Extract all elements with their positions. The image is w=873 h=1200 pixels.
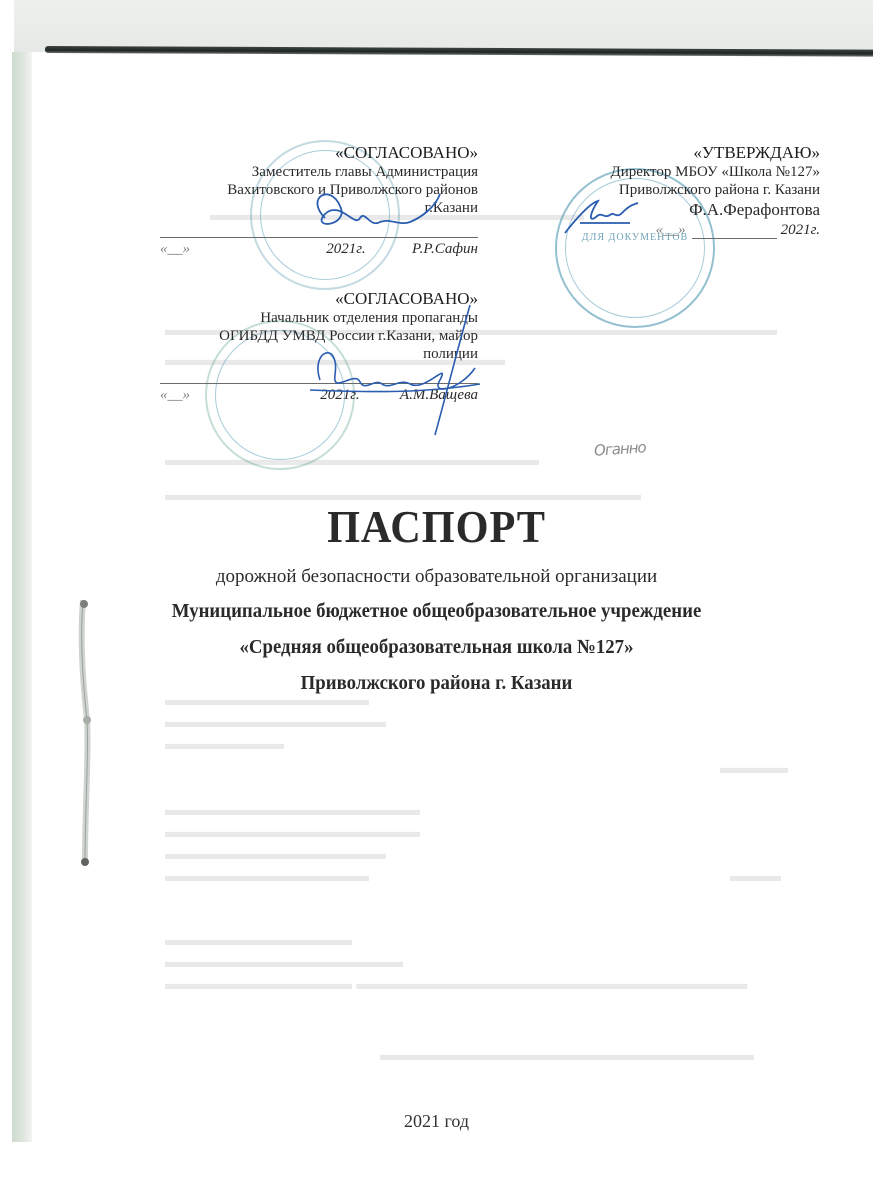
date-prefix: «__»: [656, 221, 686, 239]
org-name-line-3: Приволжского района г. Казани: [26, 672, 847, 695]
handwritten-note: Оганно: [593, 438, 646, 460]
admin-signature: [300, 188, 450, 238]
date-prefix: «__»: [160, 386, 190, 404]
position-line: Заместитель главы Администрация: [160, 163, 478, 181]
date-year: 2021г.: [781, 221, 820, 239]
director-signature: [560, 195, 650, 240]
scan-top-band: [0, 0, 873, 52]
binding-thread: [75, 590, 97, 890]
signature-line: «__» 2021г. Р.Р.Сафин: [160, 237, 478, 258]
document-subtitle: дорожной безопасности образовательной ор…: [0, 566, 873, 588]
org-name-line-1: Муниципальное бюджетное общеобразователь…: [26, 600, 847, 623]
date-prefix: «__»: [160, 240, 190, 258]
date-blank: [692, 227, 777, 239]
block-heading: «СОГЛАСОВАНО»: [160, 143, 478, 163]
document-year: 2021 год: [0, 1111, 873, 1132]
signer-name: Р.Р.Сафин: [412, 240, 478, 258]
document-title: ПАСПОРТ: [35, 500, 838, 553]
scan-left-strip: [12, 52, 32, 1142]
date-year: 2021г.: [326, 240, 365, 258]
org-name-line-2: «Средняя общеобразовательная школа №127»: [26, 636, 847, 659]
position-line: Директор МБОУ «Школа №127»: [540, 163, 820, 181]
block-heading: «УТВЕРЖДАЮ»: [540, 143, 820, 163]
gibdd-signature: [300, 300, 490, 440]
